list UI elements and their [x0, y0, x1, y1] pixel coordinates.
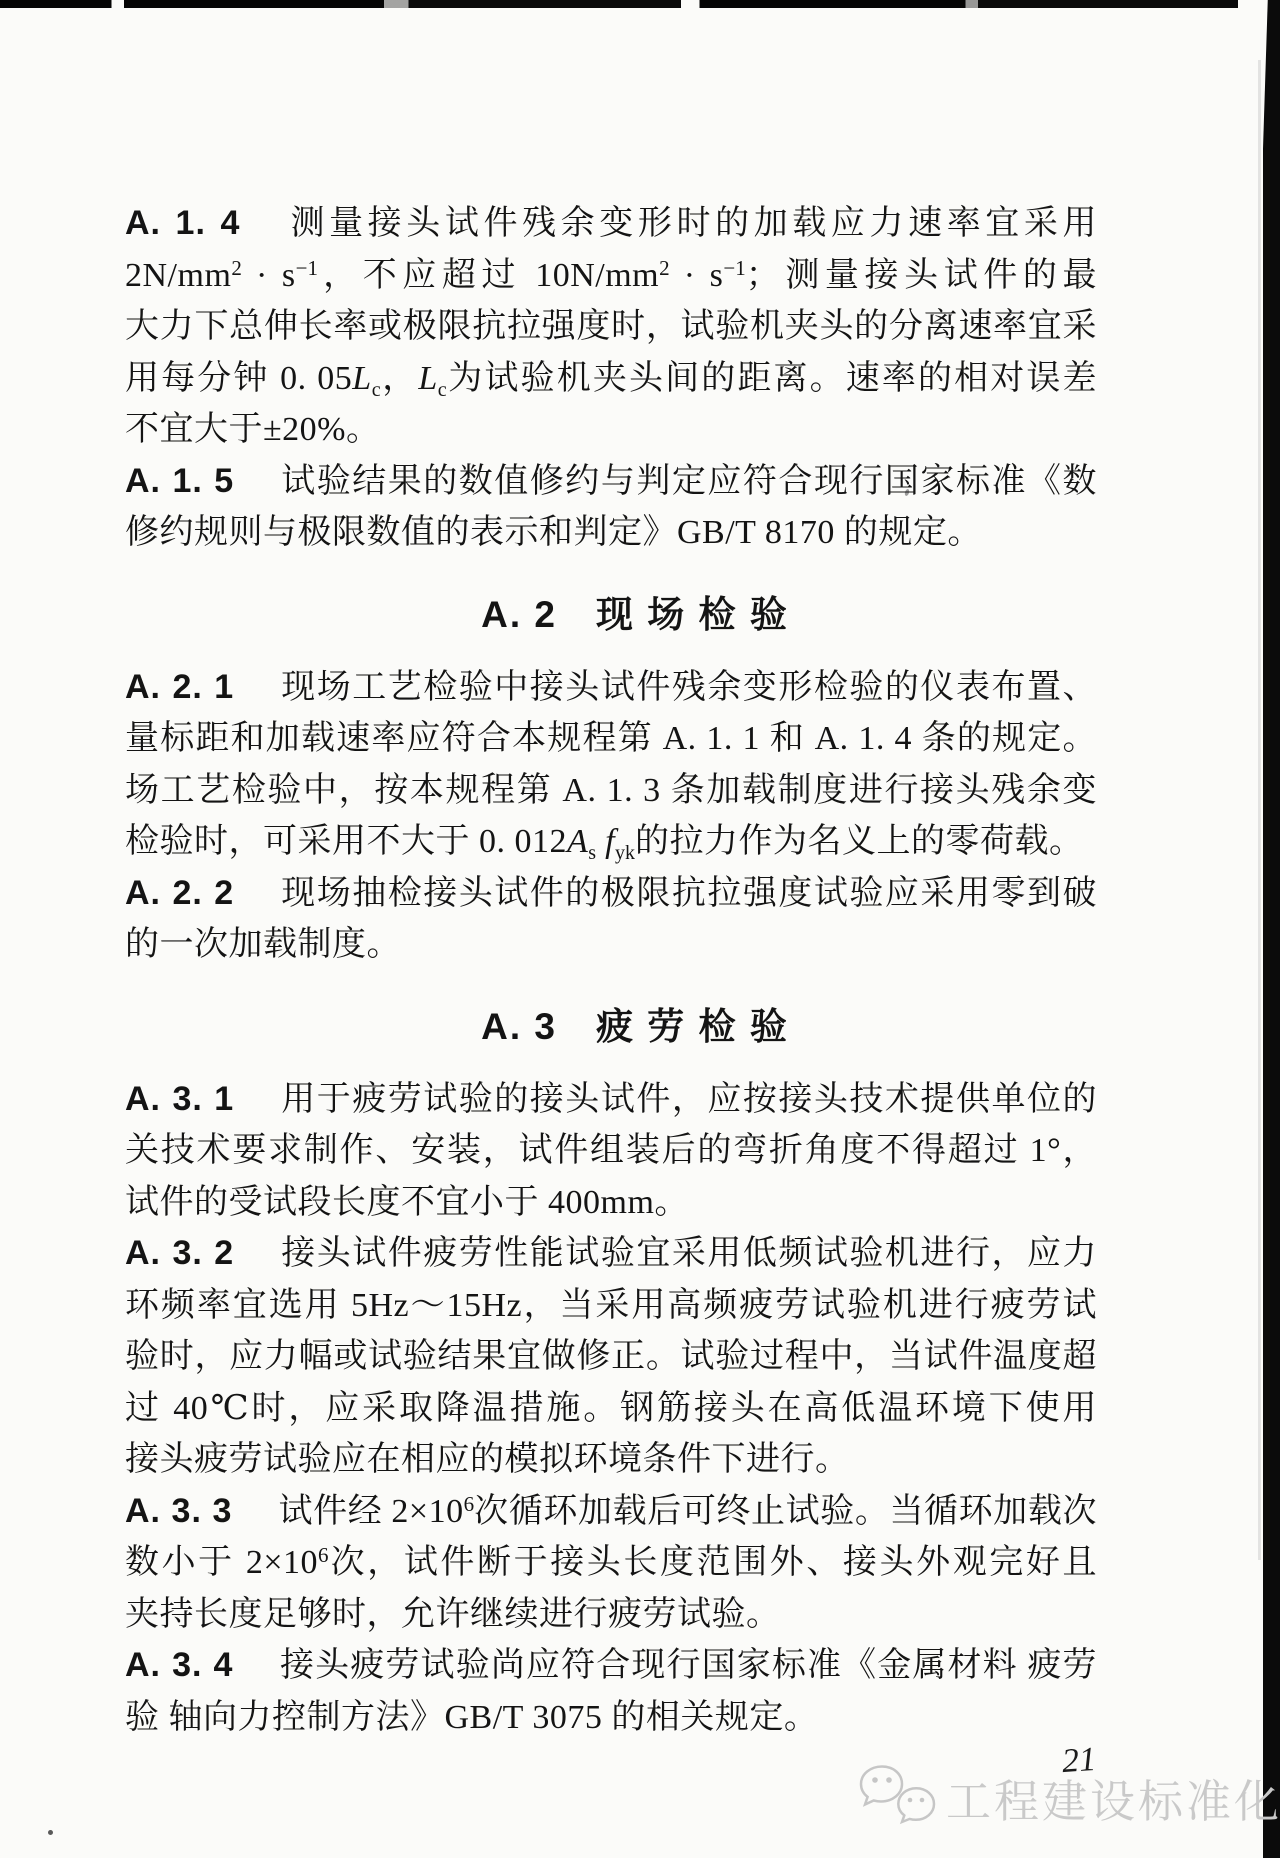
text-run: 环频率宜选用 5Hz～15Hz，当采用高频疲劳试验机进行疲劳试 — [125, 1287, 1097, 1324]
text-run: 验 轴向力控制方法》GB/T 3075 的相关规定。 — [125, 1699, 818, 1736]
clause-number: A. 1. 5 — [125, 462, 234, 500]
text-line: 环频率宜选用 5Hz～15Hz，当采用高频疲劳试验机进行疲劳试 — [125, 1280, 1097, 1332]
text-line: 试件的受试段长度不宜小于 400mm。 — [125, 1177, 1097, 1229]
text-line: A. 1. 5试验结果的数值修约与判定应符合现行国家标准《数值 — [125, 456, 1097, 508]
text-run: 为试验机夹头间的距离。速率的相对误差 — [447, 360, 1097, 397]
text-run: 2N/mm — [125, 257, 231, 294]
text-sup: −1 — [723, 256, 745, 280]
text-line: 2N/mm2 · s−1，不应超过 10N/mm2 · s−1；测量接头试件的最 — [125, 250, 1097, 302]
clause-number: A. 1. 4 — [125, 204, 240, 242]
text-run: 大力下总伸长率或极限抗拉强度时，试验机夹头的分离速率宜采 — [125, 308, 1097, 345]
clause-number: A. 3. 2 — [125, 1234, 234, 1272]
text-run: 的一次加载制度。 — [125, 926, 401, 963]
text-run: 次循环加载后可终止试验。当循环加载次 — [474, 1493, 1097, 1530]
text-i: L — [352, 360, 371, 397]
scan-edge-right — [1263, 0, 1280, 1858]
scan-speck — [48, 1830, 53, 1835]
watermark-text: 工程建设标准化 — [946, 1765, 1280, 1830]
text-run: 不宜大于±20%。 — [125, 411, 380, 448]
document-body: A. 1. 4测量接头试件残余变形时的加载应力速率宜采用2N/mm2 · s−1… — [125, 198, 1097, 1743]
clause-number: A. 3. 1 — [125, 1080, 234, 1118]
text-run: ， — [381, 360, 419, 397]
section-heading-A.2: A. 2 现 场 检 验 — [125, 589, 1097, 640]
text-line: 数小于 2×106次，试件断于接头长度范围外、接头外观完好且 — [125, 1537, 1097, 1589]
text-run: 夹持长度足够时，允许继续进行疲劳试验。 — [125, 1596, 781, 1633]
clause-number: A. 2. 2 — [125, 874, 234, 912]
text-sub: c — [372, 379, 381, 401]
text-line: A. 3. 4接头疲劳试验尚应符合现行国家标准《金属材料 疲劳试 — [125, 1640, 1097, 1692]
text-sub: s — [588, 842, 596, 864]
text-line: A. 2. 2现场抽检接头试件的极限抗拉强度试验应采用零到破坏 — [125, 868, 1097, 920]
clause-A.3.2: A. 3. 2接头试件疲劳性能试验宜采用低频试验机进行，应力循环频率宜选用 5H… — [125, 1228, 1097, 1486]
text-run: 测量接头试件残余变形时的加载应力速率宜采用 — [286, 205, 1097, 242]
document-page: { "page": { "number": "21", "watermark_t… — [0, 0, 1280, 1858]
text-run: · s — [242, 257, 296, 294]
text-sup: 2 — [659, 256, 670, 280]
text-line: 验 轴向力控制方法》GB/T 3075 的相关规定。 — [125, 1692, 1097, 1744]
clause-A.3.3: A. 3. 3试件经 2×106次循环加载后可终止试验。当循环加载次数小于 2×… — [125, 1486, 1097, 1641]
clause-number: A. 3. 3 — [125, 1492, 232, 1530]
text-line: 检验时，可采用不大于 0. 012As fyk的拉力作为名义上的零荷载。 — [125, 816, 1097, 868]
text-line: 量标距和加载速率应符合本规程第 A. 1. 1 和 A. 1. 4 条的规定。现 — [125, 713, 1097, 765]
text-run: 现场抽检接头试件的极限抗拉强度试验应采用零到破坏 — [125, 875, 1097, 920]
text-line: 的一次加载制度。 — [125, 919, 1097, 971]
clause-number: A. 2. 1 — [125, 668, 234, 706]
text-run: 接头疲劳试验尚应符合现行国家标准《金属材料 疲劳试 — [125, 1647, 1097, 1692]
text-run: 数小于 2×10 — [125, 1544, 318, 1581]
text-sup: 6 — [464, 1492, 475, 1516]
text-line: 关技术要求制作、安装，试件组装后的弯折角度不得超过 1°， — [125, 1125, 1097, 1177]
text-run: 过 40℃时，应采取降温措施。钢筋接头在高低温环境下使用时， — [125, 1390, 1097, 1435]
text-line: 过 40℃时，应采取降温措施。钢筋接头在高低温环境下使用时， — [125, 1383, 1097, 1435]
text-run: 关技术要求制作、安装，试件组装后的弯折角度不得超过 1°， — [125, 1132, 1097, 1169]
text-run: 现场工艺检验中接头试件残余变形检验的仪表布置、测 — [125, 669, 1097, 714]
text-sup: 6 — [318, 1543, 329, 1567]
text-run: 试件经 2×10 — [278, 1493, 463, 1530]
clause-A.3.1: A. 3. 1用于疲劳试验的接头试件，应按接头技术提供单位的相关技术要求制作、安… — [125, 1074, 1097, 1229]
text-line: 修约规则与极限数值的表示和判定》GB/T 8170 的规定。 — [125, 507, 1097, 559]
text-run: 次，试件断于接头长度范围外、接头外观完好且 — [329, 1544, 1097, 1581]
text-sub: yk — [615, 842, 635, 864]
text-line: 大力下总伸长率或极限抗拉强度时，试验机夹头的分离速率宜采 — [125, 301, 1097, 353]
text-run: 检验时，可采用不大于 0. 012 — [125, 823, 567, 860]
text-run: · s — [670, 257, 724, 294]
text-line: A. 1. 4测量接头试件残余变形时的加载应力速率宜采用 — [125, 198, 1097, 250]
text-run: 试件的受试段长度不宜小于 400mm。 — [125, 1184, 689, 1221]
text-run: 接头疲劳试验应在相应的模拟环境条件下进行。 — [125, 1441, 850, 1478]
text-line: A. 2. 1现场工艺检验中接头试件残余变形检验的仪表布置、测 — [125, 662, 1097, 714]
text-run: 验时，应力幅或试验结果宜做修正。试验过程中，当试件温度超 — [125, 1338, 1097, 1375]
text-run: 修约规则与极限数值的表示和判定》GB/T 8170 的规定。 — [125, 514, 982, 551]
text-line: 夹持长度足够时，允许继续进行疲劳试验。 — [125, 1589, 1097, 1641]
clause-A.2.1: A. 2. 1现场工艺检验中接头试件残余变形检验的仪表布置、测量标距和加载速率应… — [125, 662, 1097, 868]
scan-edge-top — [0, 0, 1238, 8]
text-i: f — [596, 823, 615, 860]
text-sub: c — [438, 379, 447, 401]
text-line: 用每分钟 0. 05Lc，Lc为试验机夹头间的距离。速率的相对误差 — [125, 353, 1097, 405]
text-line: 场工艺检验中，按本规程第 A. 1. 3 条加载制度进行接头残余变形 — [125, 765, 1097, 817]
text-run: 试验结果的数值修约与判定应符合现行国家标准《数值 — [125, 463, 1097, 508]
text-run: 用于疲劳试验的接头试件，应按接头技术提供单位的相 — [125, 1081, 1097, 1126]
text-line: A. 3. 1用于疲劳试验的接头试件，应按接头技术提供单位的相 — [125, 1074, 1097, 1126]
text-run: ，不应超过 10N/mm — [318, 257, 659, 294]
text-line: 不宜大于±20%。 — [125, 404, 1097, 456]
clause-A.3.4: A. 3. 4接头疲劳试验尚应符合现行国家标准《金属材料 疲劳试验 轴向力控制方… — [125, 1640, 1097, 1743]
text-i: L — [418, 360, 437, 397]
clause-A.1.5: A. 1. 5试验结果的数值修约与判定应符合现行国家标准《数值修约规则与极限数值… — [125, 456, 1097, 559]
text-run: 的拉力作为名义上的零荷载。 — [635, 823, 1084, 860]
text-run: 场工艺检验中，按本规程第 A. 1. 3 条加载制度进行接头残余变形 — [125, 772, 1097, 817]
clause-A.1.4: A. 1. 4测量接头试件残余变形时的加载应力速率宜采用2N/mm2 · s−1… — [125, 198, 1097, 456]
text-line: 接头疲劳试验应在相应的模拟环境条件下进行。 — [125, 1434, 1097, 1486]
text-run: 接头试件疲劳性能试验宜采用低频试验机进行，应力循 — [125, 1235, 1097, 1280]
text-sup: 2 — [231, 256, 242, 280]
text-run: 用每分钟 0. 05 — [125, 360, 352, 397]
page-number: 21 — [1061, 1741, 1098, 1781]
scan-haze — [1258, 60, 1261, 1560]
wechat-logo-icon — [858, 1764, 938, 1831]
text-run: ；测量接头试件的最 — [746, 257, 1097, 294]
text-line: A. 3. 3试件经 2×106次循环加载后可终止试验。当循环加载次 — [125, 1486, 1097, 1538]
text-sup: −1 — [296, 256, 318, 280]
text-i: A — [567, 823, 588, 860]
clause-A.2.2: A. 2. 2现场抽检接头试件的极限抗拉强度试验应采用零到破坏的一次加载制度。 — [125, 868, 1097, 971]
text-line: A. 3. 2接头试件疲劳性能试验宜采用低频试验机进行，应力循 — [125, 1228, 1097, 1280]
section-heading-A.3: A. 3 疲 劳 检 验 — [125, 1001, 1097, 1052]
text-run: 量标距和加载速率应符合本规程第 A. 1. 1 和 A. 1. 4 条的规定。现 — [125, 720, 1097, 765]
text-line: 验时，应力幅或试验结果宜做修正。试验过程中，当试件温度超 — [125, 1331, 1097, 1383]
clause-number: A. 3. 4 — [125, 1646, 233, 1684]
